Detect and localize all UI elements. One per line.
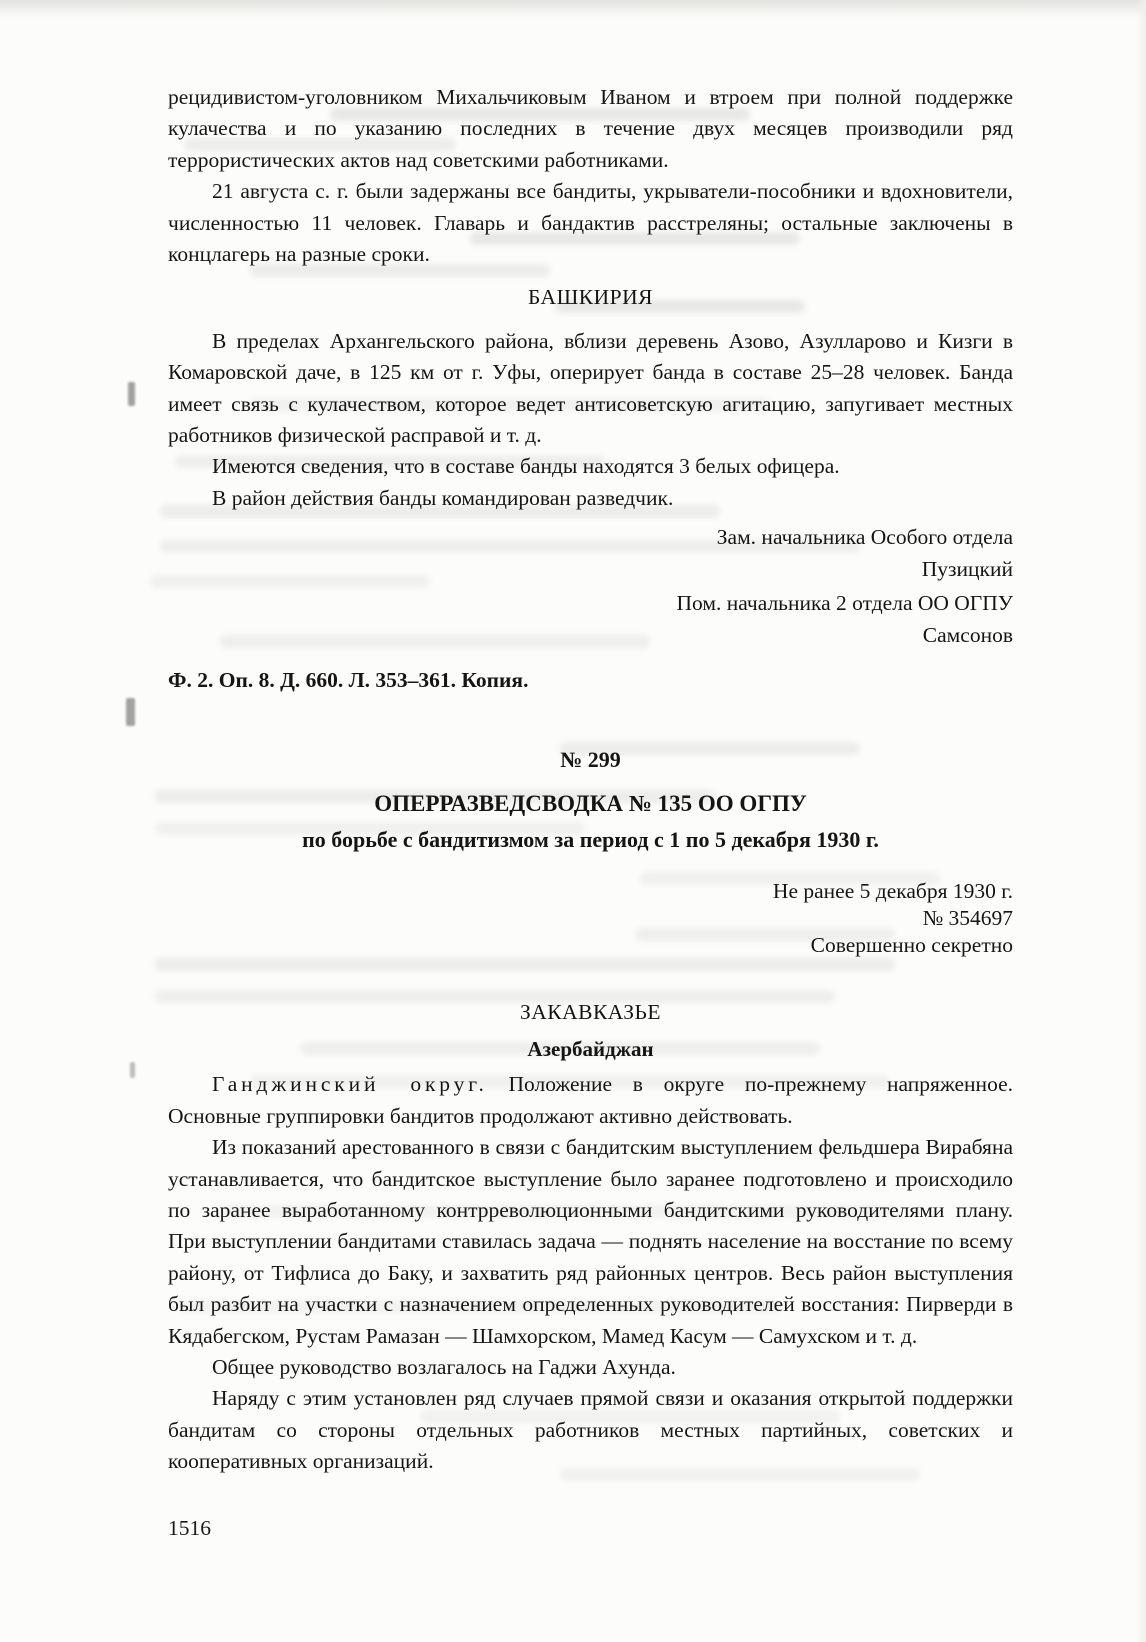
document-subtitle: по борьбе с бандитизмом за период с 1 по… — [168, 824, 1013, 855]
paragraph: 21 августа с. г. были задержаны все банд… — [168, 176, 1013, 270]
subregion-heading-azerbaijan: Азербайджан — [168, 1034, 1013, 1065]
document-meta-block: Не ранее 5 декабря 1930 г. № 354697 Сове… — [168, 878, 1013, 959]
ink-smudge — [130, 1062, 135, 1078]
paragraph: Из показаний арестованного в связи с бан… — [168, 1132, 1013, 1352]
document-number-heading: № 299 — [168, 744, 1013, 775]
signature-title: Зам. начальника Особого отдела — [168, 522, 1013, 553]
ink-smudge — [128, 382, 135, 406]
paragraph: Общее руководство возлагалось на Гаджи А… — [168, 1352, 1013, 1383]
signature-title: Пом. начальника 2 отдела ОО ОГПУ — [168, 588, 1013, 619]
document-registration-number: № 354697 — [168, 905, 1013, 932]
paragraph: В район действия банды командирован разв… — [168, 483, 1013, 514]
paragraph: Имеются сведения, что в составе банды на… — [168, 451, 1013, 482]
signature-block: Зам. начальника Особого отдела Пузицкий … — [168, 522, 1013, 651]
archive-reference: Ф. 2. Оп. 8. Д. 660. Л. 353–361. Копия. — [168, 665, 1013, 696]
scan-edge-artifact — [0, 0, 1146, 18]
secrecy-stamp: Совершенно секретно — [168, 932, 1013, 959]
paragraph: В пределах Архангельского района, вблизи… — [168, 326, 1013, 452]
scan-edge-artifact — [1136, 0, 1146, 1642]
document-title: ОПЕРРАЗВЕДСВОДКА № 135 ОО ОГПУ — [168, 788, 1013, 819]
document-date-note: Не ранее 5 декабря 1930 г. — [168, 878, 1013, 905]
paragraph-continuation: рецидивистом-уголовником Михальчиковым И… — [168, 82, 1013, 176]
page-number: 1516 — [168, 1516, 211, 1541]
ink-smudge — [126, 698, 135, 726]
text-column: рецидивистом-уголовником Михальчиковым И… — [168, 82, 1013, 1478]
scanned-document-page: рецидивистом-уголовником Михальчиковым И… — [0, 0, 1146, 1642]
signature-name: Пузицкий — [168, 554, 1013, 585]
paragraph: Наряду с этим установлен ряд случаев пря… — [168, 1383, 1013, 1477]
region-heading-zakavkazye: ЗАКАВКАЗЬЕ — [168, 997, 1013, 1028]
district-label: Ганджинский округ. — [212, 1072, 488, 1096]
paragraph: Ганджинский округ. Положение в округе по… — [168, 1069, 1013, 1132]
section-heading-bashkiria: БАШКИРИЯ — [168, 282, 1013, 313]
signature-name: Самсонов — [168, 620, 1013, 651]
